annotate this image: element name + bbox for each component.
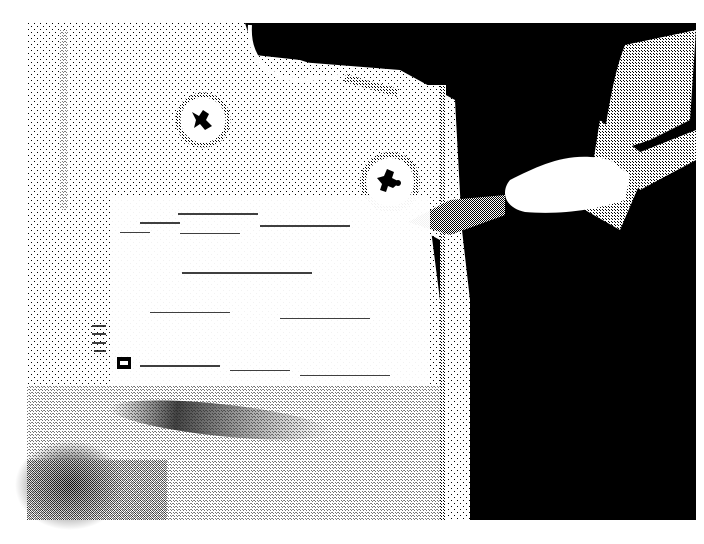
photo-content: [15, 23, 696, 530]
screw-upper-left: [178, 95, 228, 145]
photo: [0, 0, 704, 544]
printed-label: [92, 195, 430, 385]
